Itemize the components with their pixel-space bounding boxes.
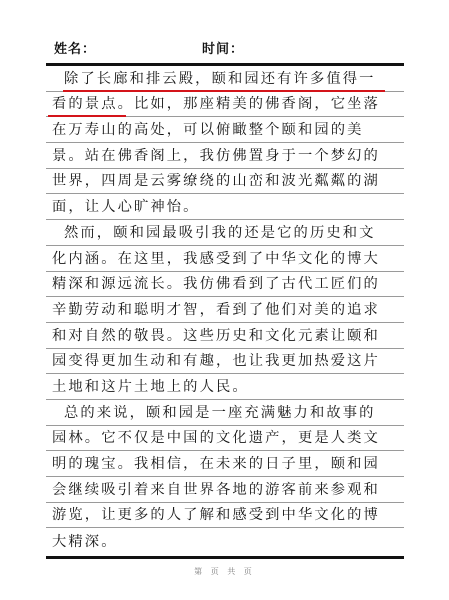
line-text: 和对自然的敬畏。这些历史和文化元素让颐和 — [52, 325, 380, 345]
text-line: 园变得更加生动和有趣，也让我更加热爱这片 — [46, 349, 404, 375]
line-text: 除了长廊和排云殿，颐和园还有许多值得一 — [64, 68, 376, 88]
text-line: 土地和这片土地上的人民。 — [46, 374, 404, 400]
line-text: 明的瑰宝。我相信，在未来的日子里，颐和园 — [52, 453, 380, 473]
time-label: 时间： — [202, 38, 244, 57]
line-text: 在万寿山的高处，可以俯瞰整个颐和园的美 — [52, 119, 364, 139]
line-text: 看的景点。比如，那座精美的佛香阁，它坐落 — [52, 93, 380, 113]
line-text: 精深和源远流长。我仿佛看到了古代工匠们的 — [52, 273, 380, 293]
page-number-footer: 第 页 共 页 — [0, 566, 449, 577]
line-text: 景。站在佛香阁上，我仿佛置身于一个梦幻的 — [52, 145, 380, 165]
text-line: 然而，颐和园最吸引我的还是它的历史和文 — [46, 220, 404, 246]
text-line: 景。站在佛香阁上，我仿佛置身于一个梦幻的 — [46, 143, 404, 169]
text-line: 会继续吸引着来自世界各地的游客前来参观和 — [46, 477, 404, 503]
line-text: 化内涵。在这里，我感受到了中华文化的博大 — [52, 248, 380, 268]
bottom-rule — [46, 556, 404, 559]
text-line: 园林。它不仅是中国的文化遗产，更是人类文 — [46, 426, 404, 452]
text-line: 看的景点。比如，那座精美的佛香阁，它坐落 — [46, 92, 404, 118]
text-line: 大精深。 — [46, 528, 404, 554]
text-line: 化内涵。在这里，我感受到了中华文化的博大 — [46, 246, 404, 272]
text-line: 除了长廊和排云殿，颐和园还有许多值得一 — [46, 66, 404, 92]
line-text: 土地和这片土地上的人民。 — [52, 376, 249, 396]
line-text: 世界，四周是云雾缭绕的山峦和波光粼粼的湖 — [52, 170, 380, 190]
text-line: 总的来说，颐和园是一座充满魅力和故事的 — [46, 400, 404, 426]
text-line: 面，让人心旷神怡。 — [46, 194, 404, 220]
line-text: 总的来说，颐和园是一座充满魅力和故事的 — [64, 402, 376, 422]
writing-lines: 除了长廊和排云殿，颐和园还有许多值得一 看的景点。比如，那座精美的佛香阁，它坐落… — [46, 66, 404, 554]
text-line: 精深和源远流长。我仿佛看到了古代工匠们的 — [46, 272, 404, 298]
line-text: 园林。它不仅是中国的文化遗产，更是人类文 — [52, 427, 380, 447]
line-text: 园变得更加生动和有趣，也让我更加热爱这片 — [52, 350, 380, 370]
worksheet-header: 姓名： 时间： — [47, 38, 407, 60]
text-line: 明的瑰宝。我相信，在未来的日子里，颐和园 — [46, 451, 404, 477]
text-line: 世界，四周是云雾缭绕的山峦和波光粼粼的湖 — [46, 169, 404, 195]
line-text: 大精深。 — [52, 531, 118, 551]
text-line: 在万寿山的高处，可以俯瞰整个颐和园的美 — [46, 117, 404, 143]
text-line: 游览，让更多的人了解和感受到中华文化的博 — [46, 503, 404, 529]
line-text: 辛勤劳动和聪明才智，看到了他们对美的追求 — [52, 299, 380, 319]
line-text: 游览，让更多的人了解和感受到中华文化的博 — [52, 504, 380, 524]
line-text: 面，让人心旷神怡。 — [52, 196, 200, 216]
name-label: 姓名： — [54, 38, 96, 57]
line-text: 然而，颐和园最吸引我的还是它的历史和文 — [64, 222, 376, 242]
text-line: 和对自然的敬畏。这些历史和文化元素让颐和 — [46, 323, 404, 349]
text-line: 辛勤劳动和聪明才智，看到了他们对美的追求 — [46, 297, 404, 323]
line-text: 会继续吸引着来自世界各地的游客前来参观和 — [52, 479, 380, 499]
